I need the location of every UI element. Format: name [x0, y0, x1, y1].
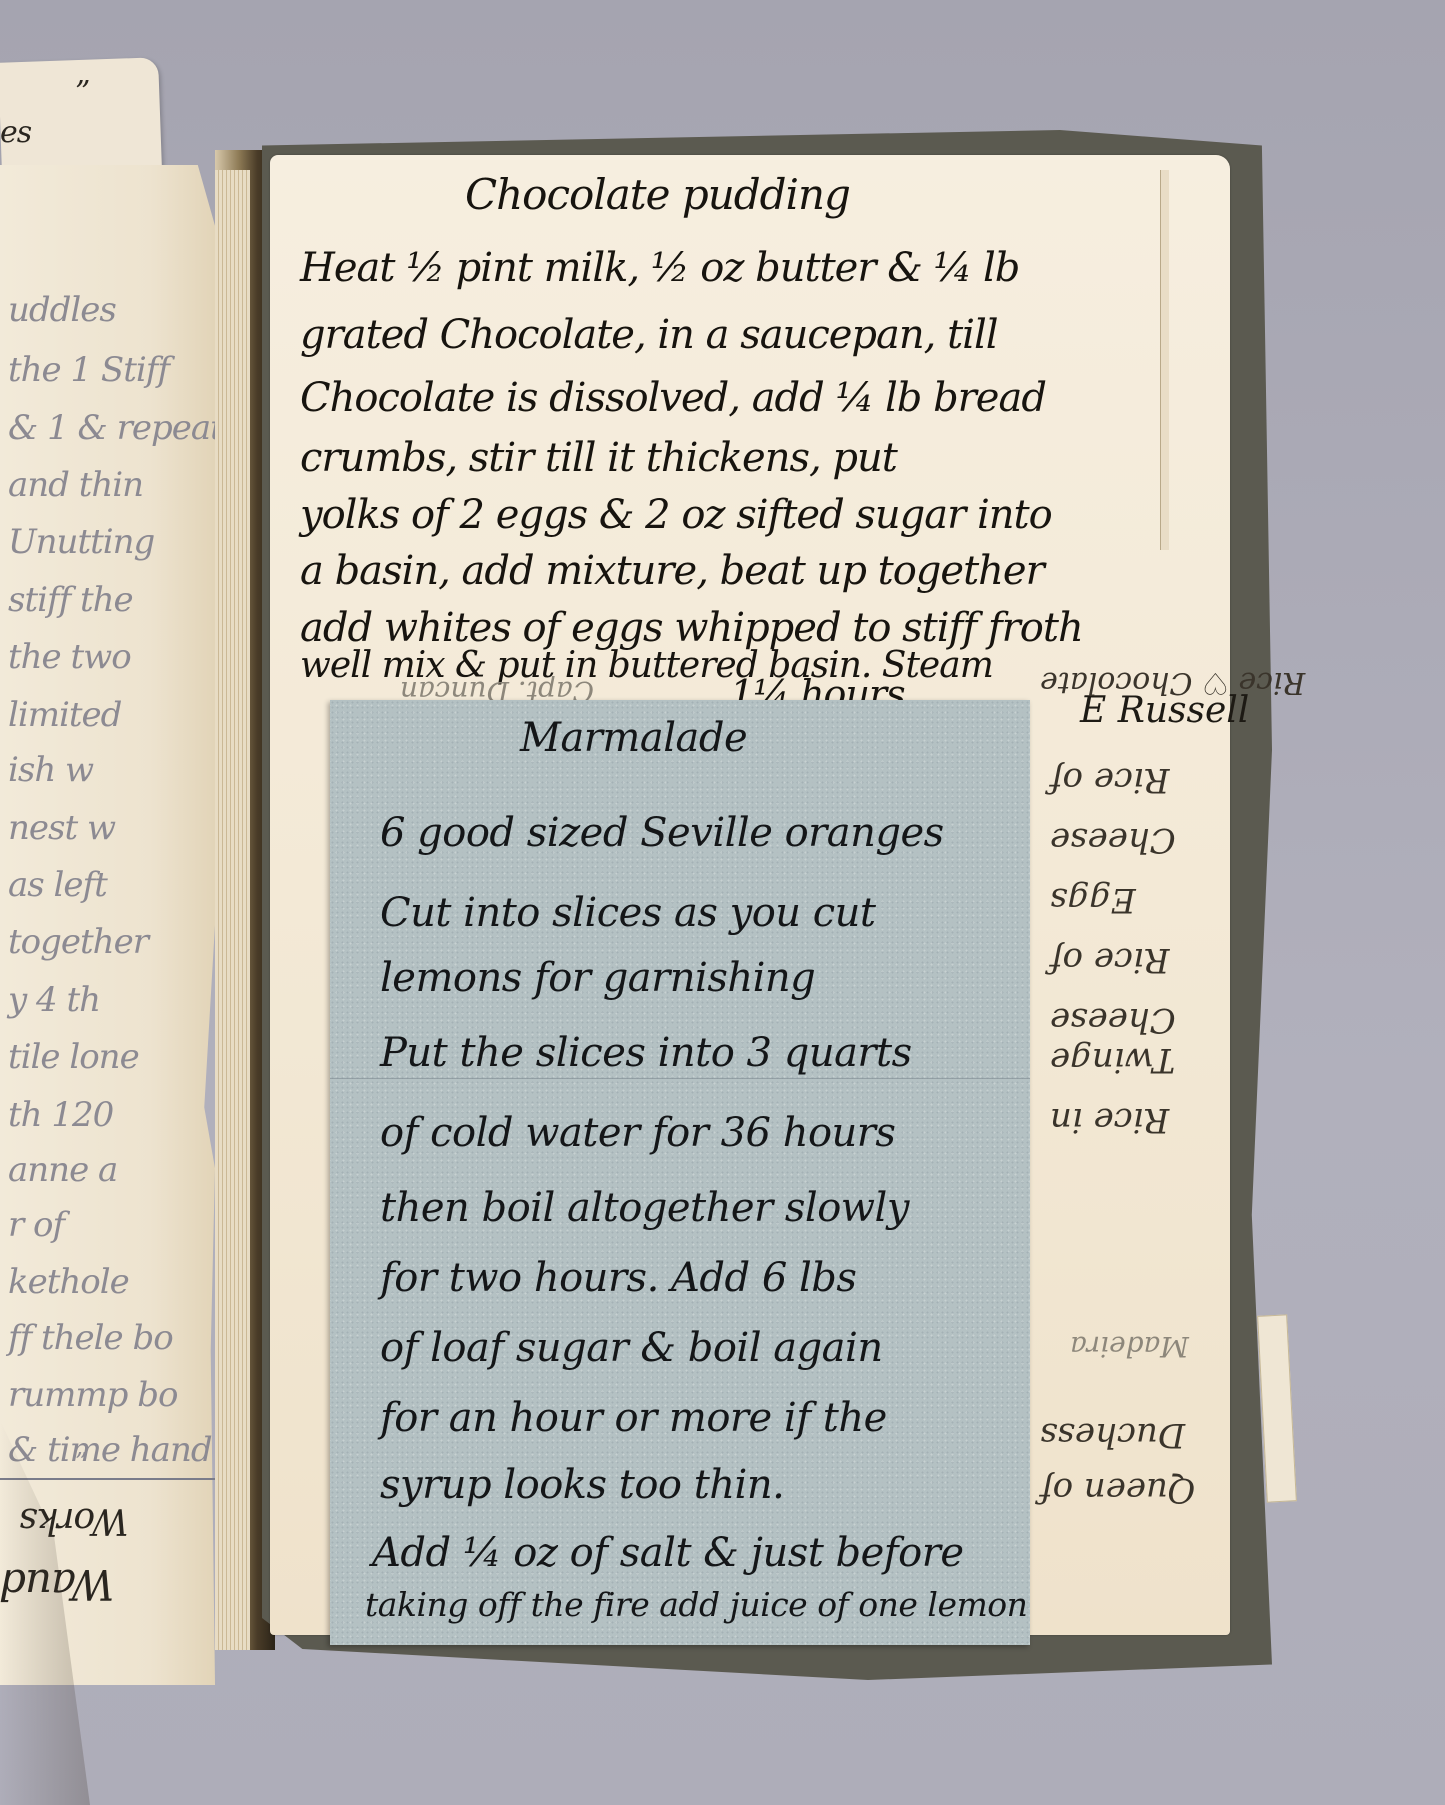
left-line: Unutting: [8, 522, 154, 562]
card-line: then boil altogether slowly: [380, 1185, 909, 1231]
card-line: lemons for garnishing: [380, 955, 815, 1001]
card-line: of loaf sugar & boil again: [380, 1325, 883, 1371]
bleed-through-text: Rice in: [1050, 1100, 1169, 1140]
bleed-through-text: Cheese: [1050, 820, 1176, 860]
left-line: as left: [8, 865, 107, 905]
card-line: Put the slices into 3 quarts: [380, 1030, 912, 1076]
card-line: 6 good sized Seville oranges: [380, 810, 944, 856]
left-line: ish w: [8, 750, 93, 790]
left-ditto-mark: ”: [75, 75, 89, 110]
left-line: & 1 & repeat: [8, 408, 223, 448]
left-line: tile lone: [8, 1037, 139, 1077]
left-line: ff thele bo: [8, 1318, 173, 1358]
card-line: Cut into slices as you cut: [380, 890, 876, 936]
spine-page-edges: [215, 170, 250, 1650]
recipe-line: Chocolate is dissolved, add ¼ lb bread: [300, 375, 1046, 421]
bleed-through-text: Rice of: [1050, 940, 1170, 980]
recipe-line: a basin, add mixture, beat up together: [300, 548, 1044, 594]
bleed-through-text: Queen of: [1040, 1470, 1196, 1510]
card-line: taking off the fire add juice of one lem…: [365, 1585, 1027, 1624]
bleed-through-text: Madeira: [1070, 1330, 1189, 1363]
left-page-rule: [0, 1478, 220, 1480]
bleed-through-text: Twinge: [1050, 1040, 1175, 1080]
left-line: r of: [8, 1205, 64, 1245]
left-line: kethole: [8, 1262, 129, 1302]
left-line: & time hand: [8, 1430, 212, 1470]
bleed-through-text: Rice ♡ Chocolate: [1040, 665, 1305, 700]
recipe-title: Chocolate pudding: [465, 170, 850, 219]
left-line: and thin: [8, 465, 143, 505]
recipe-line: grated Chocolate, in a saucepan, till: [300, 312, 998, 358]
left-ditto: ”: [75, 1448, 86, 1476]
left-line: the 1 Stiff: [8, 350, 169, 390]
card-fold-line: [330, 1078, 1030, 1079]
left-fragment: es: [0, 115, 31, 150]
left-line: limited: [8, 695, 121, 735]
left-line: y 4 th: [8, 980, 100, 1020]
left-line: anne a: [8, 1150, 117, 1190]
bleed-through-text: Rice of: [1050, 760, 1170, 800]
left-line: uddles: [8, 290, 116, 330]
left-line: stiff the: [8, 580, 133, 620]
bleed-through-text: Eggs: [1050, 880, 1136, 920]
left-line: rummp bo: [8, 1375, 177, 1415]
recipe-line: crumbs, stir till it thickens, put: [300, 435, 897, 481]
left-line: together: [8, 922, 148, 962]
card-line: for an hour or more if the: [380, 1395, 887, 1441]
card-line: Add ¼ oz of salt & just before: [372, 1530, 963, 1576]
card-line: of cold water for 36 hours: [380, 1110, 895, 1156]
loose-page-edge: [1160, 170, 1169, 550]
recipe-line: yolks of 2 eggs & 2 oz sifted sugar into: [300, 492, 1052, 538]
left-line: th 120: [8, 1095, 113, 1135]
left-line: nest w: [8, 808, 115, 848]
recipe-line: Heat ½ pint milk, ½ oz butter & ¼ lb: [300, 245, 1019, 291]
bleed-through-text: Duchess: [1040, 1415, 1185, 1455]
bleed-through-text: Cheese: [1050, 1000, 1176, 1040]
card-line: syrup looks too thin.: [380, 1462, 784, 1508]
card-line: for two hours. Add 6 lbs: [380, 1255, 856, 1301]
left-line: the two: [8, 637, 131, 677]
card-title: Marmalade: [520, 715, 747, 761]
